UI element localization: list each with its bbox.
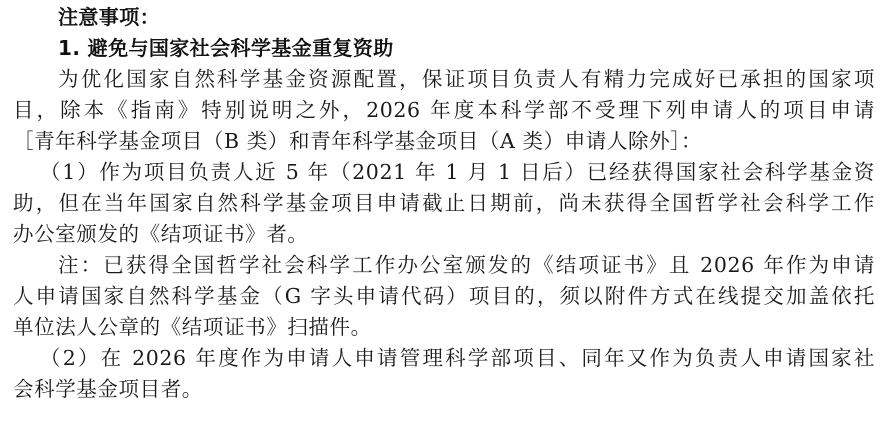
document-page: 注意事项： 1. 避免与国家社会科学基金重复资助 为优化国家自然科学基金资源配置… [0, 0, 887, 442]
paragraph-line: 助，但在当年国家自然科学基金项目申请截止日期前，尚未获得全国哲学社会科学工作 [13, 188, 875, 219]
paragraph-line: 为优化国家自然科学基金资源配置，保证项目负责人有精力完成好已承担的国家项 [58, 64, 875, 95]
paragraph-line: （1）作为项目负责人近 5 年（2021 年 1 月 1 日后）已经获得国家社会… [40, 157, 875, 188]
paragraph-line: 目，除本《指南》特别说明之外，2026 年度本科学部不受理下列申请人的项目申请 [13, 95, 875, 126]
paragraph-line: 注：已获得全国哲学社会科学工作办公室颁发的《结项证书》且 2026 年作为申请 [58, 250, 875, 281]
notice-title: 注意事项： [58, 2, 875, 33]
paragraph-line: （2）在 2026 年度作为申请人申请管理科学部项目、同年又作为负责人申请国家社 [40, 343, 875, 374]
paragraph-line: 人申请国家自然科学基金（G 字头申请代码）项目的，须以附件方式在线提交加盖依托 [13, 281, 875, 312]
paragraph-line: ［青年科学基金项目（B 类）和青年科学基金项目（A 类）申请人除外］： [13, 126, 875, 157]
paragraph-line: 单位法人公章的《结项证书》扫描件。 [13, 312, 875, 343]
paragraph-line: 办公室颁发的《结项证书》者。 [13, 219, 875, 250]
paragraph-line: 会科学基金项目者。 [13, 374, 875, 405]
section-1-heading: 1. 避免与国家社会科学基金重复资助 [58, 33, 875, 64]
